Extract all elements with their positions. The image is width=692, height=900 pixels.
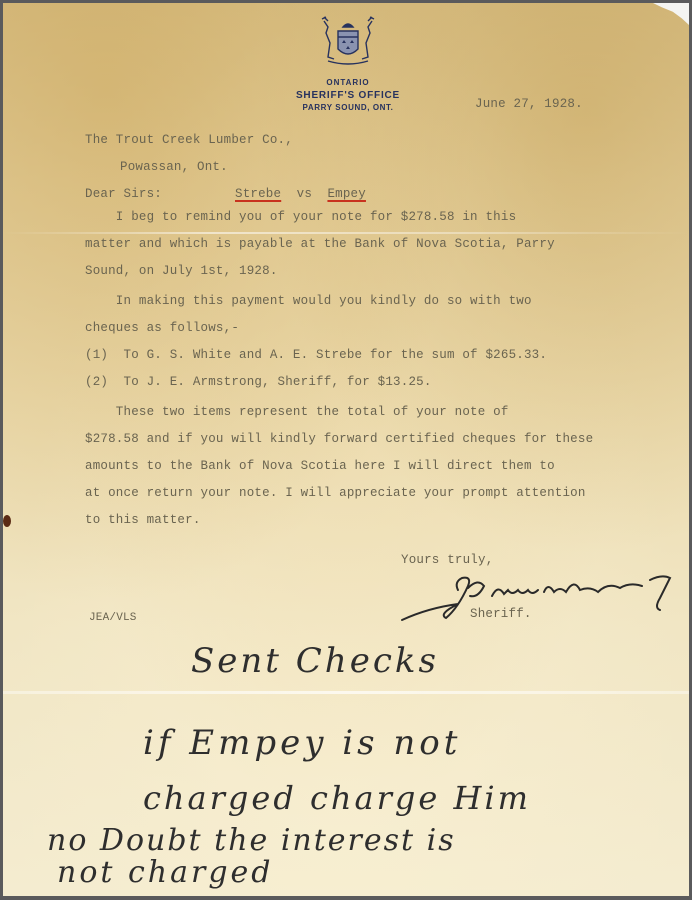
case-vs: vs — [297, 187, 312, 201]
body-line: $278.58 and if you will kindly forward c… — [85, 432, 593, 446]
letterhead-place: PARRY SOUND, ONT. — [273, 103, 423, 112]
handwritten-note-line: charged charge Him — [143, 779, 531, 817]
reference-initials: JEA/VLS — [89, 612, 137, 624]
letter-paper: ONTARIO SHERIFF'S OFFICE PARRY SOUND, ON… — [3, 3, 689, 896]
paper-fold — [3, 691, 689, 694]
signatory-title: Sheriff. — [470, 607, 532, 621]
body-line: I beg to remind you of your note for $27… — [85, 210, 516, 224]
body-line: cheques as follows,- — [85, 321, 239, 335]
case-plaintiff: Strebe — [235, 187, 281, 201]
handwritten-note-sent-checks: Sent Checks — [191, 641, 439, 681]
body-line: These two items represent the total of y… — [85, 405, 509, 419]
body-line: In making this payment would you kindly … — [85, 294, 532, 308]
torn-corner — [653, 3, 689, 25]
document-frame: ONTARIO SHERIFF'S OFFICE PARRY SOUND, ON… — [0, 0, 692, 900]
handwritten-note-line: no Doubt the interest is — [47, 823, 456, 858]
closing: Yours truly, — [401, 553, 493, 567]
recipient-address: Powassan, Ont. — [120, 160, 228, 174]
recipient-name: The Trout Creek Lumber Co., — [85, 133, 293, 147]
handwritten-note-line: if Empey is not — [143, 723, 461, 763]
letter-date: June 27, 1928. — [475, 97, 583, 111]
payment-item-1: (1) To G. S. White and A. E. Strebe for … — [85, 348, 547, 362]
ink-stain — [3, 515, 11, 527]
case-reference: Strebe vs Empey — [235, 187, 366, 201]
body-line: Sound, on July 1st, 1928. — [85, 264, 278, 278]
body-line: at once return your note. I will appreci… — [85, 486, 586, 500]
signature-icon — [398, 568, 678, 628]
salutation: Dear Sirs: — [85, 187, 162, 201]
coat-of-arms-icon — [316, 13, 380, 69]
case-defendant: Empey — [327, 187, 366, 201]
letterhead: ONTARIO SHERIFF'S OFFICE PARRY SOUND, ON… — [273, 13, 423, 112]
paper-fold — [3, 232, 689, 234]
payment-item-2: (2) To J. E. Armstrong, Sheriff, for $13… — [85, 375, 432, 389]
body-line: matter and which is payable at the Bank … — [85, 237, 555, 251]
letterhead-office: SHERIFF'S OFFICE — [273, 90, 423, 101]
handwritten-note-line: not charged — [57, 855, 274, 890]
body-line: to this matter. — [85, 513, 201, 527]
letterhead-province: ONTARIO — [273, 78, 423, 87]
body-line: amounts to the Bank of Nova Scotia here … — [85, 459, 555, 473]
